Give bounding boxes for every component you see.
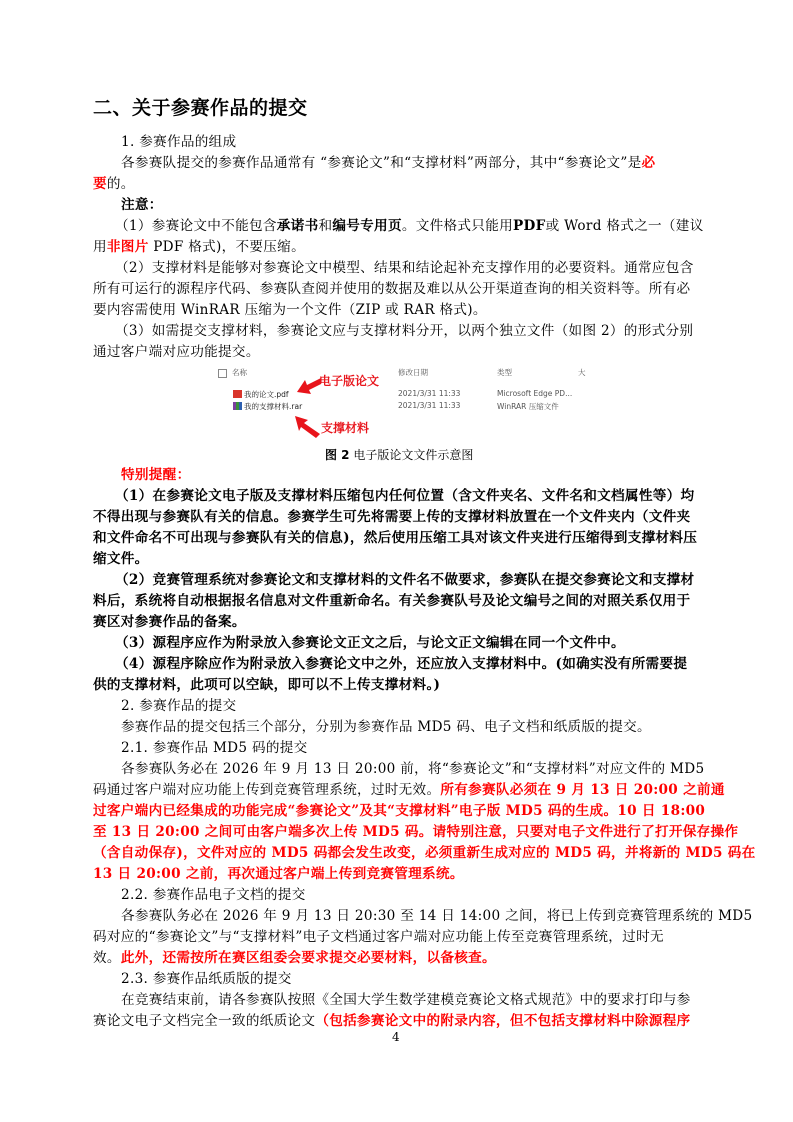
col-type-header: 类型 bbox=[497, 367, 512, 378]
note-1: （1）参赛论文中不能包含承诺书和编号专用页。文件格式只能用PDF或 Word 格… bbox=[93, 216, 725, 237]
col-date-header: 修改日期 bbox=[398, 367, 428, 378]
file-type-pdf: Microsoft Edge PD... bbox=[497, 389, 572, 398]
s21-para: 各参赛队务必在 2026 年 9 月 13 日 20:00 前，将“参赛论文”和… bbox=[93, 759, 703, 780]
s2-heading: 2. 参赛作品的提交 bbox=[93, 696, 703, 717]
reminder-1: （1）在参赛论文电子版及支撑材料压缩包内任何位置（含文件夹名、文件名和文档属性等… bbox=[93, 486, 725, 507]
note-1-cont: 用非图片 PDF 格式)，不要压缩。 bbox=[93, 237, 703, 258]
reminder-1-cont: 和文件命名不可出现与参赛队有关的信息)，然后使用压缩工具对该文件夹进行压缩得到支… bbox=[93, 528, 703, 549]
s23-para: 在竞赛结束前，请各参赛队按照《全国大学生数学建模竞赛论文格式规范》中的要求打印与… bbox=[93, 990, 703, 1011]
section-title: 二、关于参赛作品的提交 bbox=[93, 93, 308, 120]
reminder-4-cont: 供的支撑材料，此项可以空缺，即可以不上传支撑材料。) bbox=[93, 675, 703, 696]
select-all-checkbox-icon bbox=[218, 369, 227, 378]
pdf-file-icon bbox=[233, 390, 242, 398]
figure-caption: 图 2 电子版论文文件示意图 bbox=[325, 446, 473, 463]
reminder-3: （3）源程序应作为附录放入参赛论文正文之后，与论文正文编辑在同一个文件中。 bbox=[93, 633, 725, 654]
document-page: 二、关于参赛作品的提交 1. 参赛作品的组成 各参赛队提交的参赛作品通常有 “参… bbox=[0, 0, 793, 1122]
note-2-cont: 所有可运行的源程序代码、参赛队查阅并使用的数据及难以从公开渠道查询的相关资料等。… bbox=[93, 279, 703, 300]
s22-para: 各参赛队务必在 2026 年 9 月 13 日 20:30 至 14 日 14:… bbox=[93, 906, 703, 927]
note-2-cont: 要内容需使用 WinRAR 压缩为一个文件（ZIP 或 RAR 格式)。 bbox=[93, 300, 703, 321]
s1-heading: 1. 参赛作品的组成 bbox=[93, 132, 703, 153]
file-type-rar: WinRAR 压缩文件 bbox=[497, 401, 559, 412]
s22-para-cont: 效。此外，还需按所在赛区组委会要求提交必要材料，以备核查。 bbox=[93, 948, 703, 969]
file-date-pdf: 2021/3/31 11:33 bbox=[398, 389, 460, 398]
s1-para1: 各参赛队提交的参赛作品通常有 “参赛论文”和“支撑材料”两部分，其中“参赛论文”… bbox=[93, 153, 703, 174]
arrow-icon bbox=[292, 414, 322, 438]
reminder-2-cont: 赛区对参赛作品的备案。 bbox=[93, 612, 703, 633]
s23-para-cont: 赛论文电子文档完全一致的纸质论文（包括参赛论文中的附录内容，但不包括支撑材料中除… bbox=[93, 1011, 703, 1032]
reminder-1-cont: 不得出现与参赛队有关的信息。参赛学生可先将需要上传的支撑材料放置在一个文件夹内（… bbox=[93, 507, 703, 528]
col-name-header: 名称 bbox=[232, 367, 247, 378]
reminder-4: （4）源程序除应作为附录放入参赛论文中之外，还应放入支撑材料中。(如确实没有所需… bbox=[93, 654, 725, 675]
s22-heading: 2.2. 参赛作品电子文档的提交 bbox=[93, 885, 703, 906]
s21-para-cont: 13 日 20:00 之前，再次通过客户端上传到竞赛管理系统。 bbox=[93, 864, 703, 885]
reminder-2: （2）竞赛管理系统对参赛论文和支撑材料的文件名不做要求，参赛队在提交参赛论文和支… bbox=[93, 570, 725, 591]
s21-para-cont: 至 13 日 20:00 之间可由客户端多次上传 MD5 码。请特别注意，只要对… bbox=[93, 822, 703, 843]
s1-para1-cont: 要的。 bbox=[93, 174, 703, 195]
file-date-rar: 2021/3/31 11:33 bbox=[398, 401, 460, 410]
file-name-rar: 我的支撑材料.rar bbox=[244, 401, 302, 412]
s21-para-cont: （含自动保存)，文件对应的 MD5 码都会发生改变，必须重新生成对应的 MD5 … bbox=[93, 843, 703, 864]
reminder-1-cont: 缩文件。 bbox=[93, 549, 703, 570]
figure-file-explorer: 名称 修改日期 类型 大 我的论文.pdf 2021/3/31 11:33 Mi… bbox=[215, 362, 595, 440]
rar-file-icon bbox=[233, 402, 242, 410]
reminder-label: 特别提醒： bbox=[93, 465, 703, 486]
note-label: 注意： bbox=[93, 195, 703, 216]
note-2: （2）支撑材料是能够对参赛论文中模型、结果和结论起补充支撑作用的必要资料。通常应… bbox=[93, 258, 725, 279]
note-3-cont: 通过客户端对应功能提交。 bbox=[93, 342, 703, 363]
label-electronic-paper: 电子版论文 bbox=[319, 372, 379, 389]
file-name-pdf: 我的论文.pdf bbox=[244, 389, 289, 400]
page-number: 4 bbox=[392, 1030, 400, 1044]
s21-para-cont: 码通过客户端对应功能上传到竞赛管理系统，过时无效。所有参赛队必须在 9 月 13… bbox=[93, 780, 703, 801]
reminder-2-cont: 料后，系统将自动根据报名信息对文件重新命名。有关参赛队号及论文编号之间的对照关系… bbox=[93, 591, 703, 612]
col-size-header: 大 bbox=[578, 367, 586, 378]
s2-intro: 参赛作品的提交包括三个部分，分别为参赛作品 MD5 码、电子文档和纸质版的提交。 bbox=[93, 717, 703, 738]
s23-heading: 2.3. 参赛作品纸质版的提交 bbox=[93, 969, 703, 990]
s21-heading: 2.1. 参赛作品 MD5 码的提交 bbox=[93, 738, 703, 759]
s21-para-cont: 过客户端内已经集成的功能完成“参赛论文”及其“支撑材料”电子版 MD5 码的生成… bbox=[93, 801, 703, 822]
note-3: （3）如需提交支撑材料，参赛论文应与支撑材料分开，以两个独立文件（如图 2）的形… bbox=[93, 321, 725, 342]
label-support-material: 支撑材料 bbox=[321, 419, 369, 436]
s22-para-cont: 码对应的“参赛论文”与“支撑材料”电子文档通过客户端对应功能上传至竞赛管理系统，… bbox=[93, 927, 703, 948]
